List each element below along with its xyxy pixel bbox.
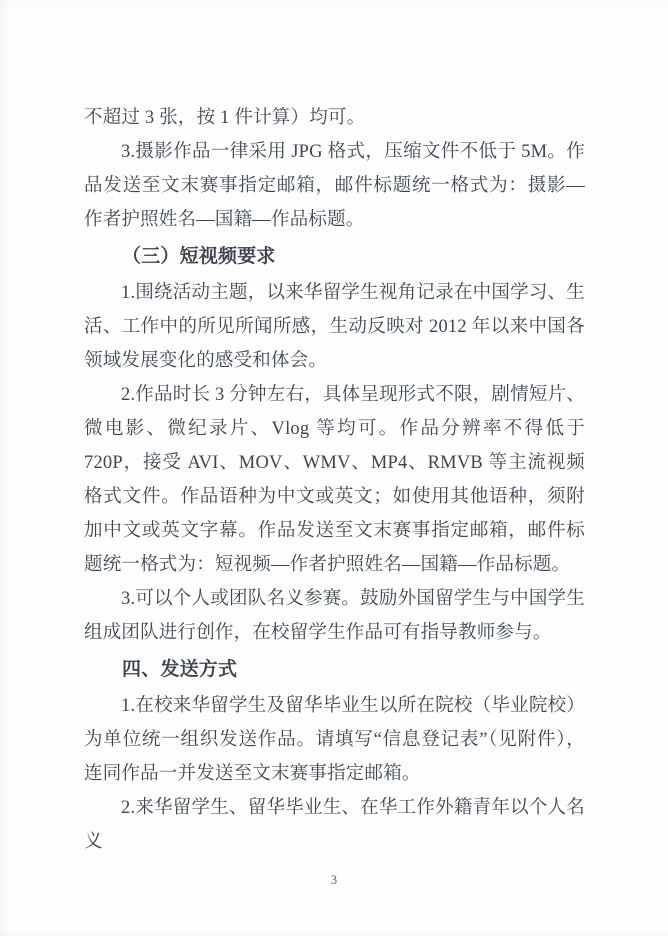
paragraph: 1.在校来华留学生及留华毕业生以所在院校（毕业院校）为单位统一组织发送作品。请填… [84, 689, 585, 791]
paragraph: 3.可以个人或团队名义参赛。鼓励外国留学生与中国学生组成团队进行创作，在校留学生… [84, 582, 585, 650]
section-heading: （三）短视频要求 [84, 240, 585, 274]
page-number: 3 [331, 873, 337, 887]
document-page: 不超过 3 张，按 1 件计算）均可。3.摄影作品一律采用 JPG 格式，压缩文… [0, 0, 668, 936]
paragraph: 2.来华留学生、留华毕业生、在华工作外籍青年以个人名义 [84, 791, 585, 859]
paragraph: 不超过 3 张，按 1 件计算）均可。 [84, 101, 585, 135]
paragraph: 1.围绕活动主题，以来华留学生视角记录在中国学习、生活、工作中的所见所闻所感，生… [84, 276, 585, 378]
page-footer: 3 [0, 871, 668, 889]
section-heading: 四、发送方式 [84, 653, 585, 687]
paragraph: 3.摄影作品一律采用 JPG 格式，压缩文件不低于 5M。作品发送至文末赛事指定… [84, 135, 585, 237]
paragraph: 2.作品时长 3 分钟左右，具体呈现形式不限，剧情短片、微电影、微纪录片、Vlo… [84, 378, 585, 582]
document-body: 不超过 3 张，按 1 件计算）均可。3.摄影作品一律采用 JPG 格式，压缩文… [84, 101, 585, 859]
